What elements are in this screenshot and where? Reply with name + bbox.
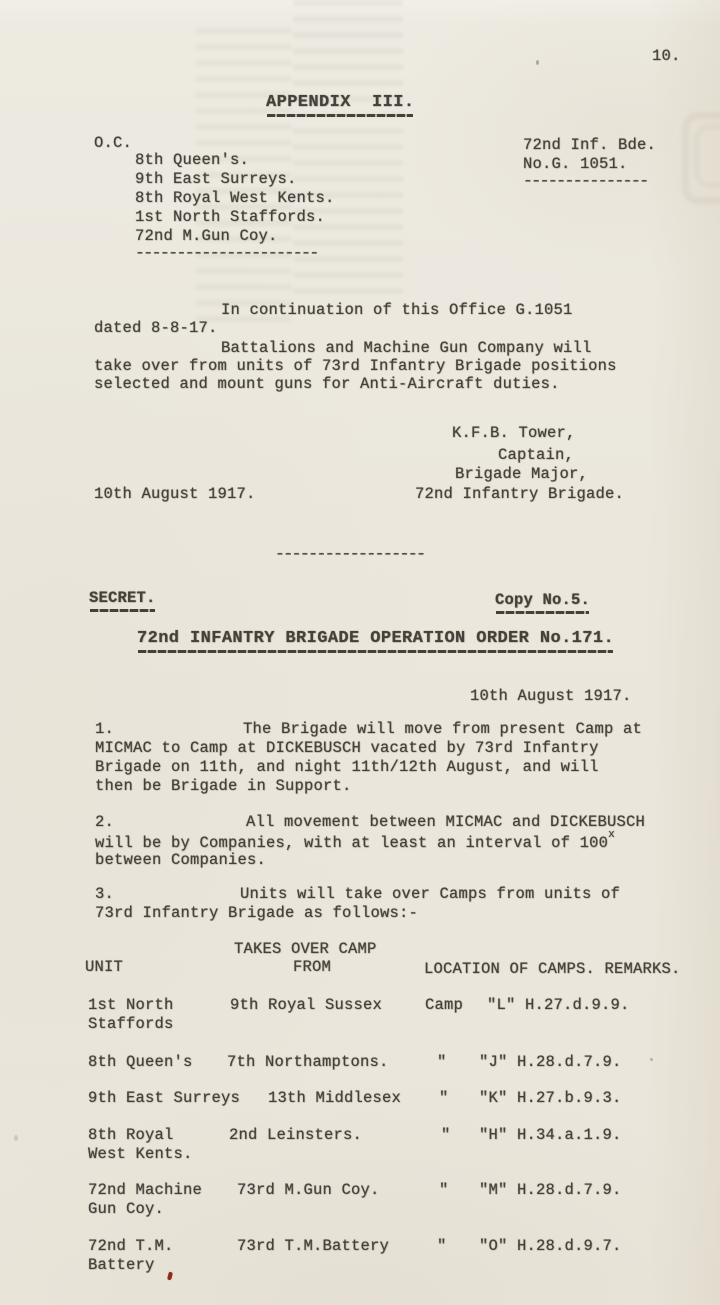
para2-number: 2. (95, 814, 114, 832)
section-divider-rule: ------------------ (275, 546, 424, 564)
ink-speck (650, 1058, 653, 1061)
para1-line: The Brigade will move from present Camp … (243, 721, 642, 739)
row-camp: " (439, 1090, 449, 1108)
row-unit: 1st North (88, 997, 174, 1015)
row-unit: Gun Coy. (88, 1201, 164, 1219)
memo-line: In continuation of this Office G.1051 (221, 302, 573, 320)
ref-brigade: 72nd Inf. Bde. (523, 137, 656, 155)
para3-line: 73rd Infantry Brigade as follows:- (95, 905, 418, 923)
ink-speck (536, 60, 539, 65)
memo-line: dated 8-8-17. (94, 320, 218, 338)
para3-line: Units will take over Camps from units of (240, 886, 620, 904)
signature-unit: 72nd Infantry Brigade. (415, 486, 624, 504)
row-unit: West Kents. (88, 1146, 193, 1164)
para2-superscript: x (608, 829, 615, 841)
para2-line: All movement between MICMAC and DICKEBUS… (246, 814, 645, 832)
order-date: 10th August 1917. (470, 688, 632, 706)
row-unit: Staffords (88, 1016, 174, 1034)
row-from: 7th Northamptons. (227, 1054, 389, 1072)
memo-line: selected and mount guns for Anti-Aircraf… (94, 376, 560, 394)
row-unit: 72nd T.M. (88, 1238, 174, 1256)
oc-label: O.C. (94, 135, 132, 153)
ink-speck (14, 1135, 18, 1141)
para2-line: between Companies. (95, 852, 266, 870)
para1-number: 1. (95, 721, 114, 739)
copy-number: Copy No.5. (495, 592, 590, 611)
document-page: 10. APPENDIX III. O.C. 8th Queen's. 9th … (0, 0, 720, 1305)
row-from: 2nd Leinsters. (229, 1127, 362, 1145)
row-map-ref: "L" H.27.d.9.9. (487, 997, 630, 1015)
row-map-ref: "M" H.28.d.7.9. (479, 1182, 622, 1200)
row-camp: " (439, 1182, 449, 1200)
row-camp: " (437, 1238, 447, 1256)
operation-order-title: 72nd INFANTRY BRIGADE OPERATION ORDER No… (137, 629, 614, 650)
addressee-unit: 1st North Staffords. (135, 209, 325, 227)
row-map-ref: "O" H.28.d.9.7. (479, 1238, 622, 1256)
addressees-dashed-rule: ---------------------- (135, 245, 318, 263)
table-header-unit: UNIT (85, 959, 123, 977)
para1-line: then be Brigade in Support. (95, 778, 352, 796)
para1-line: MICMAC to Camp at DICKEBUSCH vacated by … (95, 740, 599, 758)
para3-number: 3. (95, 886, 114, 904)
row-unit: 72nd Machine (88, 1182, 202, 1200)
page-number: 10. (652, 48, 681, 66)
row-camp: " (437, 1054, 447, 1072)
row-from: 13th Middlesex (268, 1090, 401, 1108)
row-unit: 9th East Surreys (88, 1090, 240, 1108)
classification-label: SECRET. (89, 590, 156, 609)
row-camp: " (441, 1127, 451, 1145)
para2-line: will be by Companies, with at least an i… (95, 833, 615, 853)
appendix-title: APPENDIX III. (266, 93, 414, 114)
row-from: 73rd T.M.Battery (237, 1238, 389, 1256)
signature-role: Brigade Major, (455, 466, 588, 484)
para1-line: Brigade on 11th, and night 11th/12th Aug… (95, 759, 599, 777)
memo-line: take over from units of 73rd Infantry Br… (94, 358, 617, 376)
table-header-takes-over: TAKES OVER CAMP (234, 941, 377, 959)
row-map-ref: "K" H.27.b.9.3. (479, 1090, 622, 1108)
bleed-through-stamp-inner (694, 124, 720, 188)
ref-dashed-rule: --------------- (523, 173, 648, 191)
row-unit: 8th Queen's (88, 1054, 193, 1072)
table-header-location: LOCATION OF CAMPS. REMARKS. (424, 961, 681, 979)
signature-name: K.F.B. Tower, (452, 425, 576, 443)
row-unit: 8th Royal (88, 1127, 174, 1145)
row-map-ref: "H" H.34.a.1.9. (479, 1127, 622, 1145)
signature-rank: Captain, (498, 447, 574, 465)
addressee-unit: 8th Royal West Kents. (135, 190, 335, 208)
row-camp: Camp (425, 997, 463, 1015)
addressee-unit: 9th East Surreys. (135, 171, 297, 189)
row-map-ref: "J" H.28.d.7.9. (479, 1054, 622, 1072)
row-unit: Battery (88, 1257, 155, 1275)
memo-line: Battalions and Machine Gun Company will (221, 340, 592, 358)
addressee-unit: 8th Queen's. (135, 152, 249, 170)
table-header-from: FROM (293, 959, 331, 977)
row-from: 9th Royal Sussex (230, 997, 382, 1015)
appendix-date: 10th August 1917. (94, 486, 256, 504)
red-ink-fleck (167, 1272, 173, 1281)
para2-line-main: will be by Companies, with at least an i… (95, 834, 608, 852)
row-from: 73rd M.Gun Coy. (237, 1182, 380, 1200)
